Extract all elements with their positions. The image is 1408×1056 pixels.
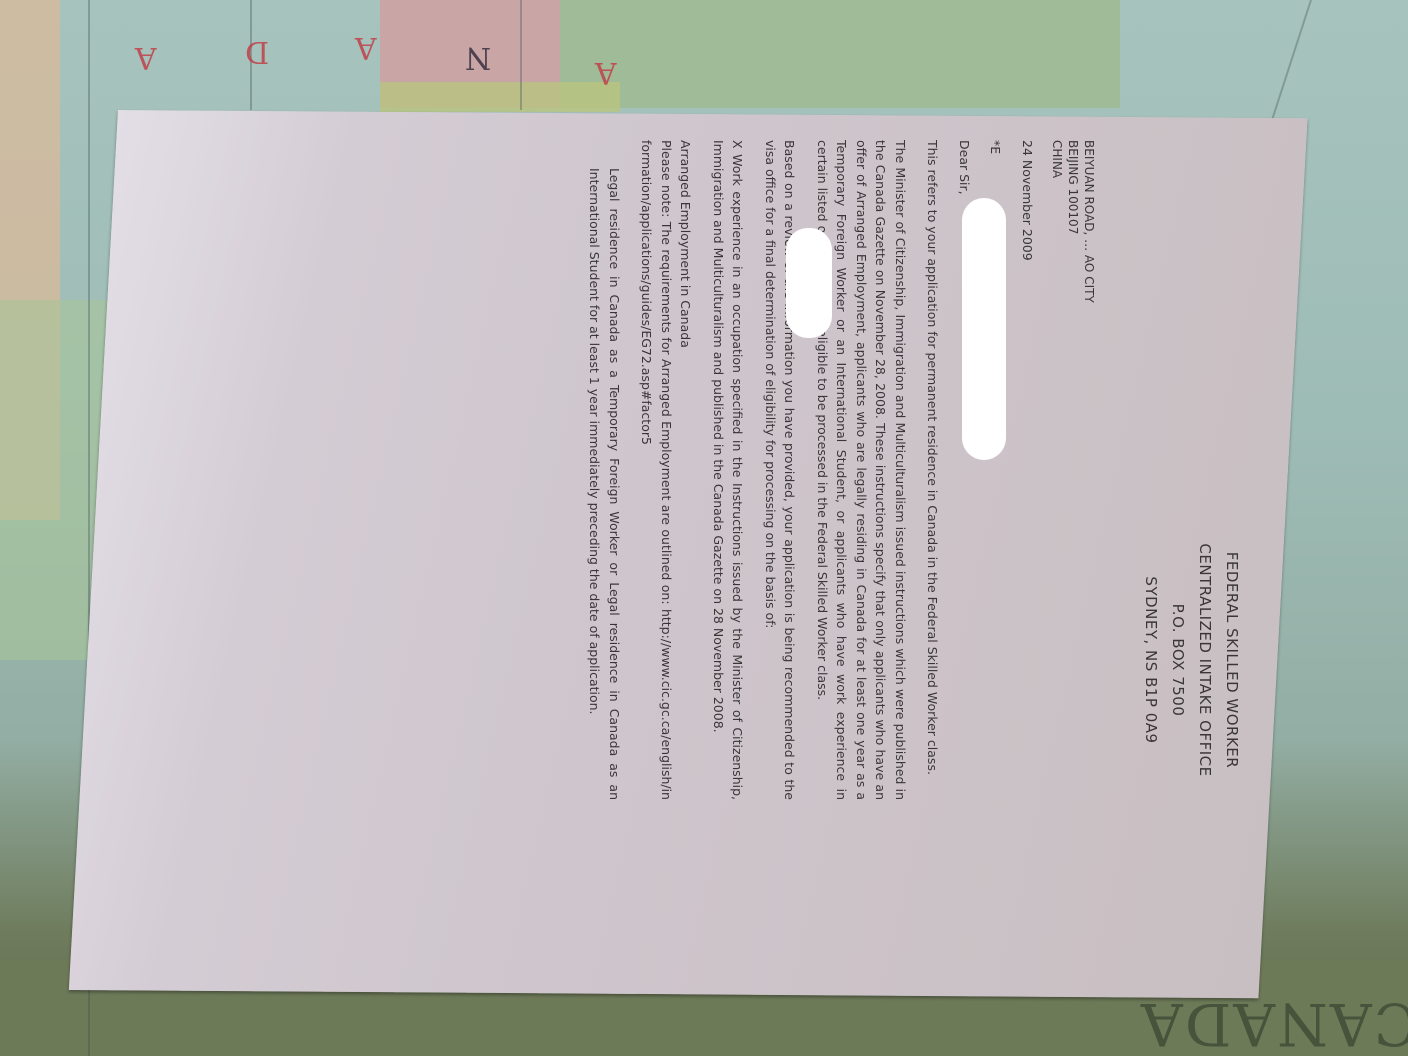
map-label: D [245,34,269,69]
arranged-employment-heading: Arranged Employment in Canada [676,140,696,800]
redaction-mark [962,198,1006,460]
map-gridline [520,0,522,110]
office-line: CENTRALIZED INTAKE OFFICE [1191,520,1218,800]
paragraph-work-experience: X Work experience in an occupation speci… [709,140,748,800]
map-label: A [595,55,617,90]
letter-body: FEDERAL SKILLED WORKER CENTRALIZED INTAK… [185,140,1245,800]
recipient-office-block: FEDERAL SKILLED WORKER CENTRALIZED INTAK… [1137,520,1245,800]
office-line: SYDNEY, NS B1P 0A9 [1137,520,1164,800]
office-line: FEDERAL SKILLED WORKER [1218,520,1245,800]
address-line: CHINA [1049,140,1065,800]
paragraph-intro: This refers to your application for perm… [923,140,943,800]
map-label-country: CANADA [1139,990,1408,1056]
address-line: BEIYUAN ROAD, … AO CITY [1081,140,1097,800]
map-land-region [380,82,620,112]
address-line: BEIJING 100107 [1065,140,1081,800]
map-label: A [135,40,157,75]
legal-residence-paragraph: Legal residence in Canada as a Temporary… [585,140,624,800]
address-block: BEIYUAN ROAD, … AO CITY BEIJING 100107 C… [1049,140,1097,800]
office-line: P.O. BOX 7500 [1164,520,1191,800]
arranged-employment-note: Please note: The requirements for Arrang… [637,140,676,800]
letter-date: 24 November 2009 [1018,140,1038,800]
redaction-mark [786,228,832,338]
map-land-region [560,0,1120,108]
map-label: N [465,40,491,75]
map-label: A [355,30,377,65]
